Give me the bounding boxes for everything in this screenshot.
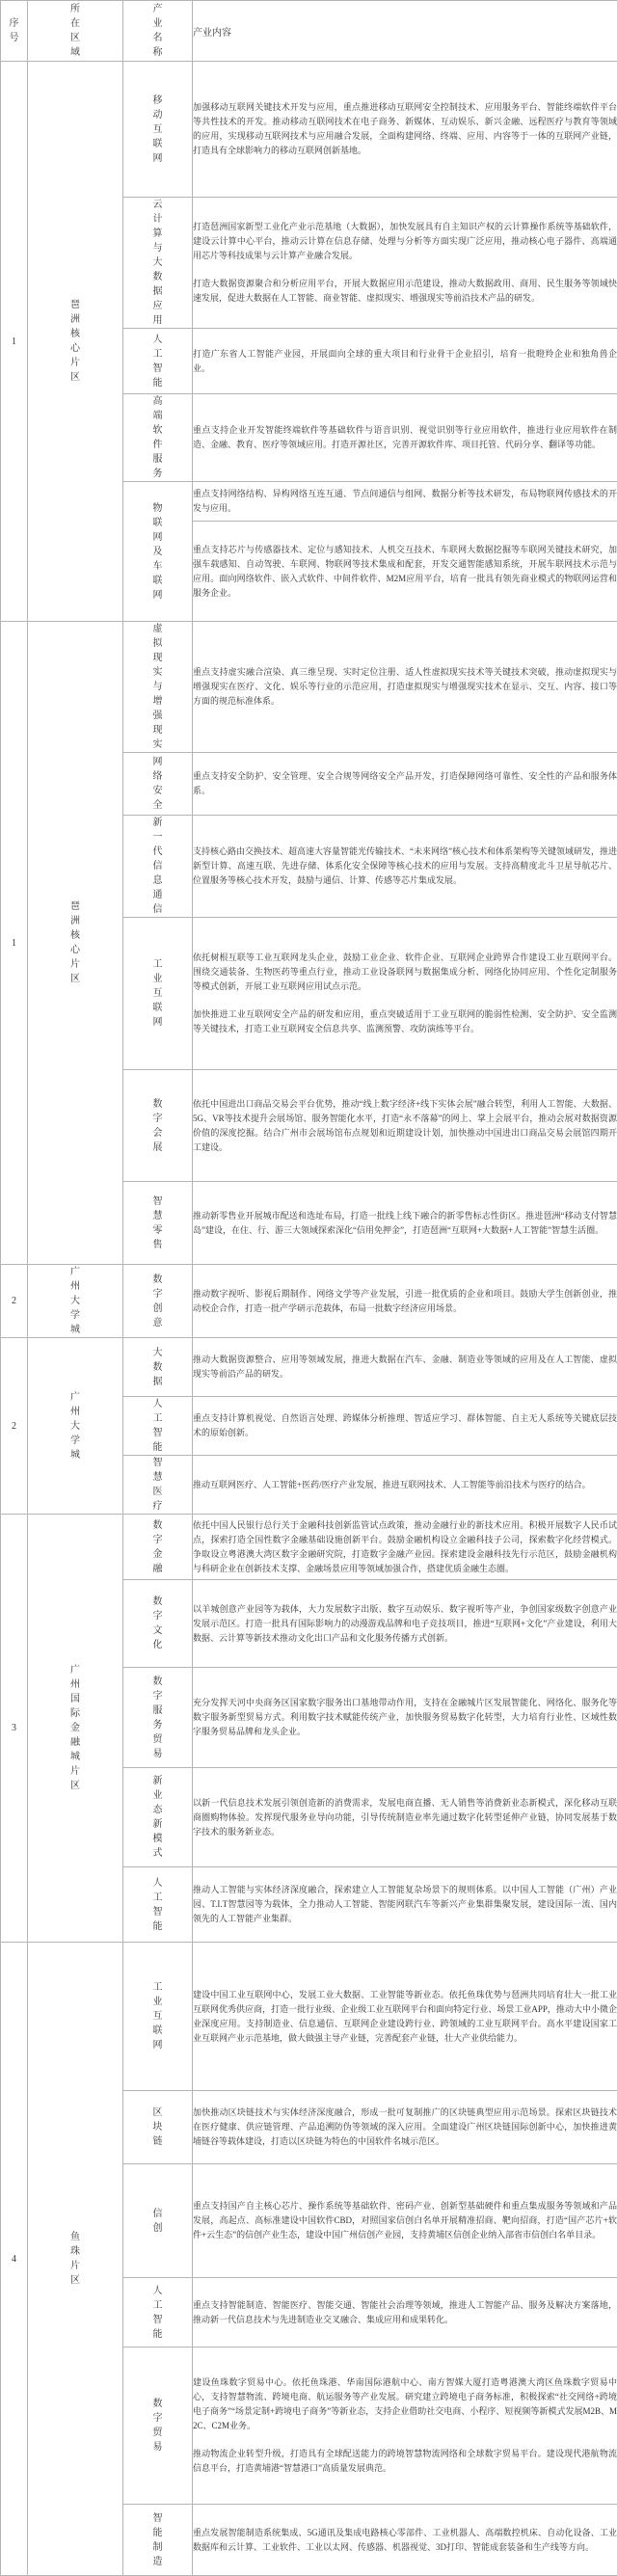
industry-name-label: 大数据 bbox=[152, 1346, 163, 1389]
industry-content-cell: 推动大数据资源整合、应用等领域发展，推进大数据在汽车、金融、制造业等领域的应用及… bbox=[193, 1338, 617, 1397]
industry-content-cell: 重点支持智能制造、智能医疗、智能交通、智能社会治理等领域，推进人工智能产品、服务… bbox=[193, 2278, 617, 2348]
industry-name-cell: 数字文化 bbox=[123, 1580, 193, 1668]
industry-name-cell: 数字服务 贸易 bbox=[123, 1668, 193, 1768]
industry-name-cell: 网络安全 bbox=[123, 753, 193, 816]
industry-content-cell: 推动新零售业开展城市配送和选址布局，打造一批线上线下融合的新零售标志性街区。推进… bbox=[193, 1182, 617, 1265]
industry-name-cell: 数字会展 bbox=[123, 1070, 193, 1182]
industry-name-label: 人工智能 bbox=[152, 333, 163, 390]
industry-name-label: 虚拟现实与增强现实 bbox=[152, 622, 163, 752]
industry-content-cell: 建设鱼珠数字贸易中心。依托鱼珠港、华南国际港航中心、南方智媒大厦打造粤港澳大湾区… bbox=[193, 2348, 617, 2505]
table-row: 2广州大学城大数据推动大数据资源整合、应用等领域发展，推进大数据在汽车、金融、制… bbox=[1, 1338, 617, 1397]
industry-content-cell: 以羊城创意产业园等为载体，大力发展数字出版、数字互动娱乐、数字视听等产业，争创国… bbox=[193, 1580, 617, 1668]
paragraph: 建设鱼珠数字贸易中心。依托鱼珠港、华南国际港航中心、南方智媒大厦打造粤港澳大湾区… bbox=[193, 2375, 617, 2433]
region-label: 广州大学城 bbox=[70, 1265, 81, 1337]
header-seq: 序号 bbox=[1, 1, 28, 62]
industry-content-cell: 重点支持安全防护、安全管理、安全合规等网络安全产品开发，打造保障网络可靠性、安全… bbox=[193, 753, 617, 816]
industry-name-label: 区块链 bbox=[152, 2106, 163, 2149]
paragraph: 推动人工智能与实体经济深度融合，探索建立人工智能复杂场景下的规则体系。以中国人工… bbox=[193, 1883, 617, 1926]
paragraph: 打造广东省人工智能产业园，开展面向全球的重大项目和行业骨干企业招引，培育一批瞪羚… bbox=[193, 347, 617, 376]
table-body: 1琶洲核心片区移动互联网加强移动互联网关键技术开发与应用，重点推进移动互联网安全… bbox=[1, 62, 617, 2576]
paragraph: 加强移动互联网关键技术开发与应用，重点推进移动互联网安全控制技术、应用服务平台、… bbox=[193, 100, 617, 158]
industry-name-cell: 新业态 新模式 bbox=[123, 1768, 193, 1867]
industry-content-cell: 建设中国工业互联网中心，发展工业大数据、工业智能等新业态。依托鱼珠优势与琶洲共同… bbox=[193, 1943, 617, 2091]
region-cell: 广州大学城 bbox=[28, 1338, 123, 1515]
industry-content-cell: 充分发挥天河中央商务区国家数字服务出口基地带动作用，支持在金融城片区发展智能化、… bbox=[193, 1668, 617, 1768]
industry-table: 序号 所在 区域 产业名称 产业内容 1琶洲核心片区移动互联网加强移动互联网关键… bbox=[0, 0, 617, 2576]
industry-name-label: 数字金融 bbox=[152, 1518, 163, 1576]
region-label: 琶洲核心片区 bbox=[70, 298, 81, 385]
industry-content-cell: 打造广东省人工智能产业园，开展面向全球的重大项目和行业骨干企业招引，培育一批瞪羚… bbox=[193, 329, 617, 394]
table-row: 1琶洲核心片区移动互联网加强移动互联网关键技术开发与应用，重点推进移动互联网安全… bbox=[1, 62, 617, 198]
industry-name-cell: 工业互联网 bbox=[123, 1943, 193, 2091]
industry-name-cell: 人工智能 bbox=[123, 1397, 193, 1456]
industry-name-cell: 信创 bbox=[123, 2164, 193, 2278]
industry-content-cell: 重点支持网络结构、异构网络互连互通、节点间通信与组网、数据分析等技术研发，布局物… bbox=[193, 482, 617, 522]
industry-content-cell: 重点支持企业开发智能终端软件等基础软件与语音识别、视觉识别等行业应用软件，推进行… bbox=[193, 394, 617, 482]
industry-name-cell: 虚拟现实与增强现实 bbox=[123, 622, 193, 753]
region-label: 广州大学城 bbox=[70, 1390, 81, 1462]
industry-name-cell: 大数据 bbox=[123, 1338, 193, 1397]
industry-name-cell: 智慧医疗 bbox=[123, 1456, 193, 1515]
region-cell: 琶洲核心片区 bbox=[28, 62, 123, 622]
industry-name-cell: 数字金融 bbox=[123, 1515, 193, 1580]
industry-name-label: 数字文化 bbox=[152, 1595, 163, 1652]
industry-name-cell: 物联网及车联网 bbox=[123, 482, 193, 622]
industry-name-label: 人工智能 bbox=[152, 1876, 163, 1934]
industry-content-cell: 重点支持虚实融合渲染、真三维呈现、实时定位注册、适人性虚拟现实技术等关键技术突破… bbox=[193, 622, 617, 753]
industry-name-label: 人工智能 bbox=[152, 2284, 163, 2342]
industry-name-cell: 人工智能 bbox=[123, 2278, 193, 2348]
industry-name-label: 云计算与大数据应用 bbox=[152, 198, 163, 328]
industry-content-cell: 加快推动区块链技术与实体经济深度融合，形成一批可复制推广的区块链典型应用示范场景… bbox=[193, 2091, 617, 2164]
industry-content-cell: 重点支持国产自主核心芯片、操作系统等基础软件、密码产业、创新型基础硬件和重点集成… bbox=[193, 2164, 617, 2278]
industry-name-cell: 云计算与大数据应用 bbox=[123, 198, 193, 329]
region-cell: 琶洲核心片区 bbox=[28, 622, 123, 1265]
paragraph: 建设中国工业互联网中心，发展工业大数据、工业智能等新业态。依托鱼珠优势与琶洲共同… bbox=[193, 1988, 617, 2046]
industry-name-cell: 智能制造 bbox=[123, 2505, 193, 2576]
paragraph: 充分发挥天河中央商务区国家数字服务出口基地带动作用，支持在金融城片区发展智能化、… bbox=[193, 1696, 617, 1739]
paragraph: 加快推动区块链技术与实体经济深度融合，形成一批可复制推广的区块链典型应用示范场景… bbox=[193, 2106, 617, 2149]
seq-cell: 1 bbox=[1, 622, 28, 1265]
paragraph: 推动物流企业转型升级，打造具有全球配送能力的跨境智慧物流网络和全球数字贸易平台。… bbox=[193, 2447, 617, 2476]
paragraph: 重点支持计算机视觉、自然语言处理、跨媒体分析推理、智适应学习、群体智能、自主无人… bbox=[193, 1411, 617, 1440]
industry-content-cell: 支持核心路由交换技术、超高速大容量智能光传输技术、“未来网络”核心技术和体系架构… bbox=[193, 816, 617, 918]
industry-content-cell: 打造琶洲国家新型工业化产业示范基地（大数据），加快发展具有自主知识产权的云计算操… bbox=[193, 198, 617, 329]
industry-name-label: 新业态 新模式 bbox=[152, 1774, 163, 1861]
paragraph: 重点支持网络结构、异构网络互连互通、节点间通信与组网、数据分析等技术研发，布局物… bbox=[193, 487, 617, 516]
industry-content-cell: 依托中国人民银行总行关于金融科技创新监管试点政策，推动金融行业的新技术应用。积极… bbox=[193, 1515, 617, 1580]
paragraph: 重点支持企业开发智能终端软件等基础软件与语音识别、视觉识别等行业应用软件，推进行… bbox=[193, 423, 617, 452]
industry-content-cell: 重点支持芯片与传感器技术、定位与感知技术、人机交互技术、车联网大数据挖掘等车联网… bbox=[193, 522, 617, 622]
industry-name-cell: 数字创意 bbox=[123, 1265, 193, 1338]
region-label: 鱼珠片区 bbox=[70, 2230, 81, 2288]
industry-content-cell: 加强移动互联网关键技术开发与应用，重点推进移动互联网安全控制技术、应用服务平台、… bbox=[193, 62, 617, 198]
paragraph: 依托中国人民银行总行关于金融科技创新监管试点政策，推动金融行业的新技术应用。积极… bbox=[193, 1518, 617, 1576]
industry-name-label: 网络安全 bbox=[152, 755, 163, 813]
header-industry-name-label: 产业名称 bbox=[152, 2, 163, 60]
industry-name-label: 智慧零售 bbox=[152, 1194, 163, 1252]
paragraph: 打造大数据资源聚合和分析应用平台，开展大数据应用示范建设，推动大数据政用、商用、… bbox=[193, 277, 617, 306]
industry-name-label: 人工智能 bbox=[152, 1397, 163, 1455]
seq-cell: 3 bbox=[1, 1515, 28, 1943]
industry-name-cell: 高端软件服务 bbox=[123, 394, 193, 482]
paragraph: 重点支持安全防护、安全管理、安全合规等网络安全产品开发，打造保障网络可靠性、安全… bbox=[193, 769, 617, 798]
industry-content-cell: 依托树根互联等工业互联网龙头企业，鼓励工业企业、软件企业、互联网企业跨界合作建设… bbox=[193, 918, 617, 1070]
paragraph: 推动大数据资源整合、应用等领域发展，推进大数据在汽车、金融、制造业等领域的应用及… bbox=[193, 1353, 617, 1382]
industry-name-cell: 人工智能 bbox=[123, 1867, 193, 1943]
industry-name-cell: 智慧零售 bbox=[123, 1182, 193, 1265]
paragraph: 重点支持虚实融合渲染、真三维呈现、实时定位注册、适人性虚拟现实技术等关键技术突破… bbox=[193, 665, 617, 709]
industry-name-cell: 移动互联网 bbox=[123, 62, 193, 198]
header-seq-label: 序号 bbox=[9, 16, 19, 45]
industry-content-cell: 重点支持计算机视觉、自然语言处理、跨媒体分析推理、智适应学习、群体智能、自主无人… bbox=[193, 1397, 617, 1456]
industry-name-cell: 人工智能 bbox=[123, 329, 193, 394]
paragraph: 推动互联网医疗、人工智能+医药/医疗产业发展，推进互联网技术、人工智能等前沿技术… bbox=[193, 1478, 617, 1492]
header-industry-content: 产业内容 bbox=[193, 1, 617, 62]
industry-content-cell: 依托中国进出口商品交易会平台优势，推动“线上数字经济+线下实体会展”融合转型，利… bbox=[193, 1070, 617, 1182]
industry-name-label: 移动互联网 bbox=[152, 94, 163, 166]
region-label: 广州国际金融城片区 bbox=[70, 1663, 81, 1793]
industry-name-label: 工业互联网 bbox=[152, 957, 163, 1030]
table-row: 3广州国际金融城片区数字金融依托中国人民银行总行关于金融科技创新监管试点政策，推… bbox=[1, 1515, 617, 1580]
industry-name-label: 智慧医疗 bbox=[152, 1456, 163, 1514]
paragraph: 重点发展智能制造系统集成、5G通讯及集成电路核心零部件、工业机器人、高端数控机床… bbox=[193, 2526, 617, 2555]
paragraph: 依托树根互联等工业互联网龙头企业，鼓励工业企业、软件企业、互联网企业跨界合作建设… bbox=[193, 951, 617, 994]
industry-name-cell: 数字贸易 bbox=[123, 2348, 193, 2505]
industry-content-cell: 重点发展智能制造系统集成、5G通讯及集成电路核心零部件、工业机器人、高端数控机床… bbox=[193, 2505, 617, 2576]
paragraph: 依托中国进出口商品交易会平台优势，推动“线上数字经济+线下实体会展”融合转型，利… bbox=[193, 1097, 617, 1155]
industry-content-cell: 推动数字视听、影视后期制作、网络文学等产业发展，引进一批优质的企业和项目。鼓励大… bbox=[193, 1265, 617, 1338]
industry-name-label: 物联网及车联网 bbox=[152, 501, 163, 603]
industry-content-cell: 推动互联网医疗、人工智能+医药/医疗产业发展，推进互联网技术、人工智能等前沿技术… bbox=[193, 1456, 617, 1515]
seq-cell: 1 bbox=[1, 62, 28, 622]
paragraph: 重点支持智能制造、智能医疗、智能交通、智能社会治理等领域，推进人工智能产品、服务… bbox=[193, 2298, 617, 2327]
table-row: 1琶洲核心片区虚拟现实与增强现实重点支持虚实融合渲染、真三维呈现、实时定位注册、… bbox=[1, 622, 617, 753]
seq-cell: 2 bbox=[1, 1338, 28, 1515]
industry-name-cell: 新一代信息通信 bbox=[123, 816, 193, 918]
table-row: 4鱼珠片区工业互联网建设中国工业互联网中心，发展工业大数据、工业智能等新业态。依… bbox=[1, 1943, 617, 2091]
header-row: 序号 所在 区域 产业名称 产业内容 bbox=[1, 1, 617, 62]
industry-name-label: 高端软件服务 bbox=[152, 394, 163, 481]
industry-content-cell: 推动人工智能与实体经济深度融合，探索建立人工智能复杂场景下的规则体系。以中国人工… bbox=[193, 1867, 617, 1943]
paragraph: 打造琶洲国家新型工业化产业示范基地（大数据），加快发展具有自主知识产权的云计算操… bbox=[193, 220, 617, 263]
paragraph: 重点支持国产自主核心芯片、操作系统等基础软件、密码产业、创新型基础硬件和重点集成… bbox=[193, 2199, 617, 2242]
paragraph: 以羊城创意产业园等为载体，大力发展数字出版、数字互动娱乐、数字视听等产业，争创国… bbox=[193, 1602, 617, 1646]
seq-cell: 4 bbox=[1, 1943, 28, 2576]
header-region: 所在 区域 bbox=[28, 1, 123, 62]
industry-content-cell: 以新一代信息技术发展引领创造新的消费需求，发展电商直播、无人销售等消费新业态新模… bbox=[193, 1768, 617, 1867]
paragraph: 支持核心路由交换技术、超高速大容量智能光传输技术、“未来网络”核心技术和体系架构… bbox=[193, 845, 617, 888]
industry-name-label: 新一代信息通信 bbox=[152, 816, 163, 917]
paragraph: 加快推进工业互联网安全产品的研发和应用，重点突破适用于工业互联网的脆弱性检测、安… bbox=[193, 1007, 617, 1036]
region-cell: 鱼珠片区 bbox=[28, 1943, 123, 2576]
region-label: 琶洲核心片区 bbox=[70, 899, 81, 986]
industry-name-label: 信创 bbox=[152, 2207, 163, 2236]
industry-name-label: 数字贸易 bbox=[152, 2397, 163, 2455]
industry-name-label: 数字创意 bbox=[152, 1273, 163, 1330]
paragraph: 推动数字视听、影视后期制作、网络文学等产业发展，引进一批优质的企业和项目。鼓励大… bbox=[193, 1287, 617, 1316]
industry-name-cell: 工业互联网 bbox=[123, 918, 193, 1070]
industry-name-label: 数字会展 bbox=[152, 1097, 163, 1155]
industry-name-label: 数字服务 贸易 bbox=[152, 1675, 163, 1761]
region-cell: 广州大学城 bbox=[28, 1265, 123, 1338]
industry-name-label: 工业互联网 bbox=[152, 1980, 163, 2053]
industry-name-label: 智能制造 bbox=[152, 2511, 163, 2569]
header-region-label: 所在 区域 bbox=[70, 2, 81, 60]
paragraph: 以新一代信息技术发展引领创造新的消费需求，发展电商直播、无人销售等消费新业态新模… bbox=[193, 1796, 617, 1839]
header-industry-name: 产业名称 bbox=[123, 1, 193, 62]
paragraph: 推动新零售业开展城市配送和选址布局，打造一批线上线下融合的新零售标志性街区。推进… bbox=[193, 1209, 617, 1238]
seq-cell: 2 bbox=[1, 1265, 28, 1338]
table-row: 2广州大学城数字创意推动数字视听、影视后期制作、网络文学等产业发展，引进一批优质… bbox=[1, 1265, 617, 1338]
industry-name-cell: 区块链 bbox=[123, 2091, 193, 2164]
paragraph: 重点支持芯片与传感器技术、定位与感知技术、人机交互技术、车联网大数据挖掘等车联网… bbox=[193, 543, 617, 601]
region-cell: 广州国际金融城片区 bbox=[28, 1515, 123, 1943]
